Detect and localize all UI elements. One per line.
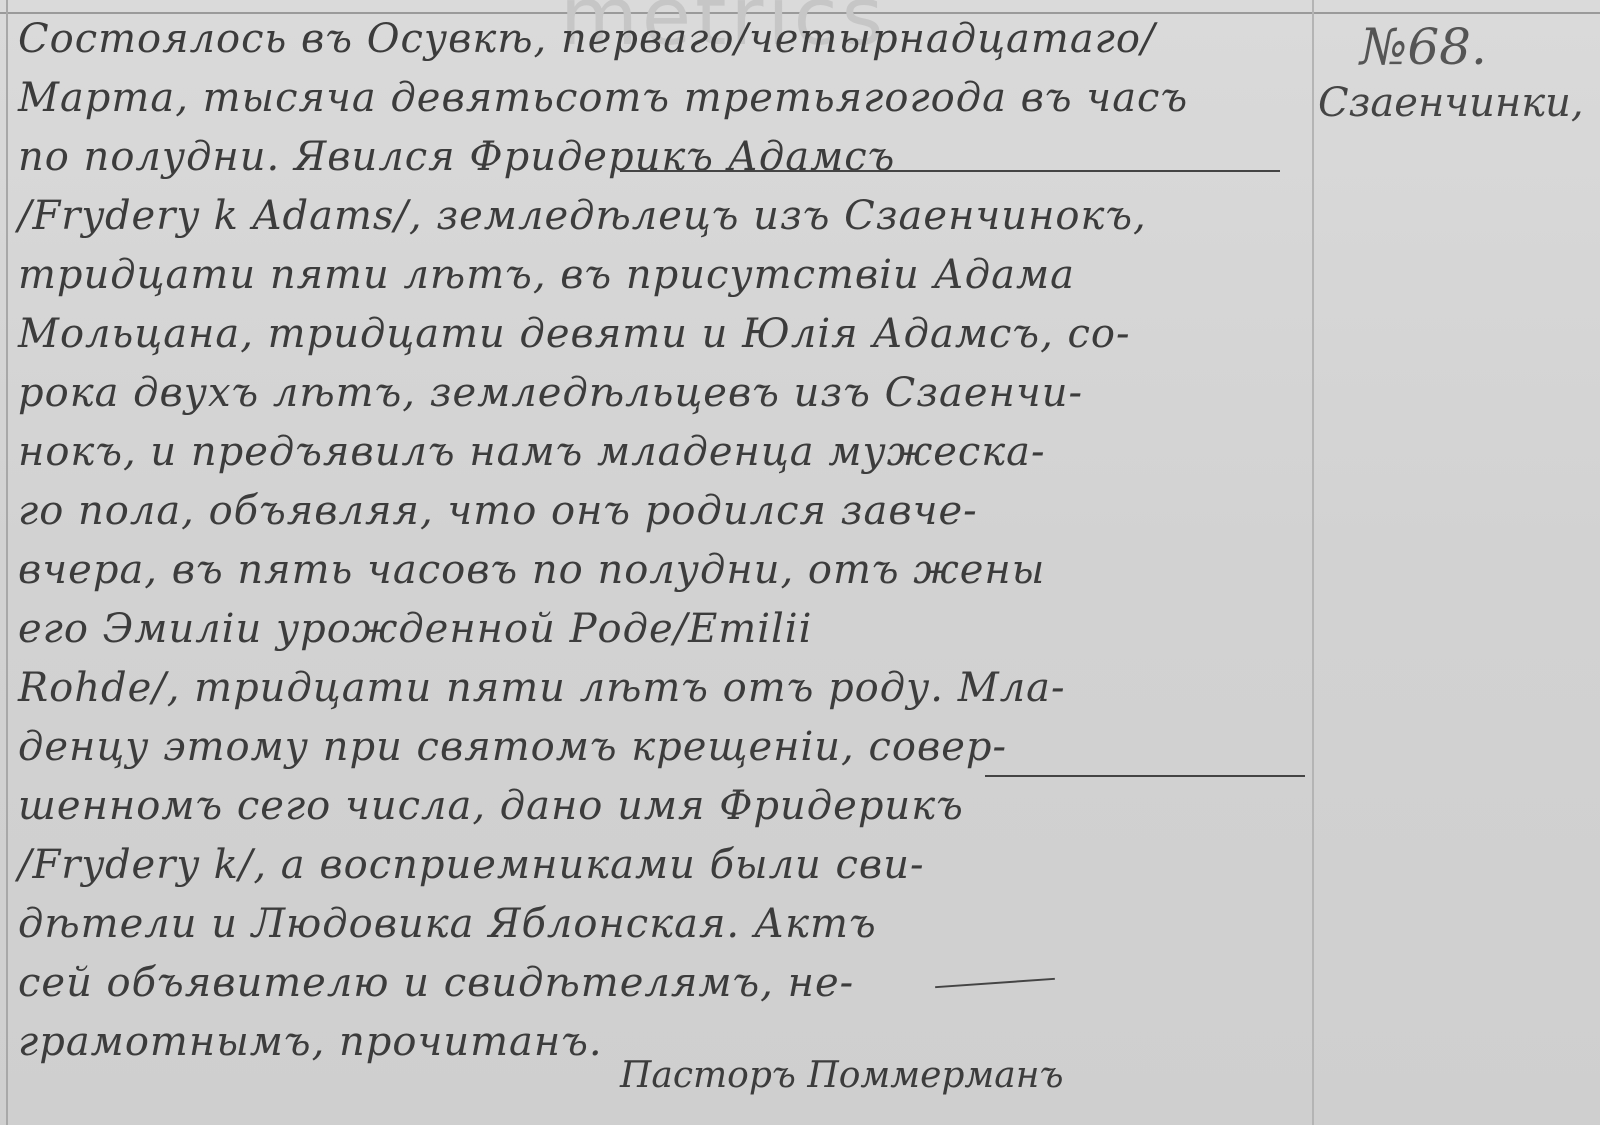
text-line: рока двухъ лѣтъ, земледѣльцевъ изъ Сзаен…	[18, 364, 1308, 423]
text-line: тридцати пяти лѣтъ, въ присутствіи Адама	[18, 246, 1308, 305]
name-underline	[985, 775, 1305, 777]
text-line: Мольцана, тридцати девяти и Юлія Адамсъ,…	[18, 305, 1308, 364]
text-line: шенномъ сего числа, дано имя Фридерикъ	[18, 777, 1308, 836]
name-underline	[620, 170, 1280, 172]
text-line: /Frydery k Adams/, земледѣлецъ изъ Сзаен…	[18, 187, 1308, 246]
village-margin-note: Сзаенчинки,	[1318, 80, 1584, 126]
text-line: нокъ, и предъявилъ намъ младенца мужеска…	[18, 423, 1308, 482]
text-line: дѣтели и Людовика Яблонская. Актъ	[18, 895, 1308, 954]
pastor-signature: Пасторъ Поммерманъ	[620, 1055, 1063, 1096]
text-line: сей объявителю и свидѣтелямъ, не-	[18, 954, 1308, 1013]
register-page: metrics №68. Сзаенчинки, Состоялось въ О…	[0, 0, 1600, 1125]
text-line: Марта, тысяча девятьсотъ третьягогода въ…	[18, 69, 1308, 128]
text-line: Rohde/, тридцати пяти лѣтъ отъ роду. Мла…	[18, 659, 1308, 718]
left-page-edge	[6, 0, 8, 1125]
record-number: №68.	[1360, 18, 1487, 76]
text-line: денцу этому при святомъ крещеніи, совер-	[18, 718, 1308, 777]
margin-rule	[1312, 0, 1314, 1125]
text-line: вчера, въ пять часовъ по полудни, отъ же…	[18, 541, 1308, 600]
text-line: /Frydery k/, а восприемниками были сви-	[18, 836, 1308, 895]
text-line: го пола, объявляя, что онъ родился завче…	[18, 482, 1308, 541]
text-line: Состоялось въ Осувкѣ, перваго/четырнадца…	[18, 10, 1308, 69]
text-line: его Эмиліи урожденной Роде/Emilii	[18, 600, 1308, 659]
text-line: по полудни. Явился Фридерикъ Адамсъ	[18, 128, 1308, 187]
